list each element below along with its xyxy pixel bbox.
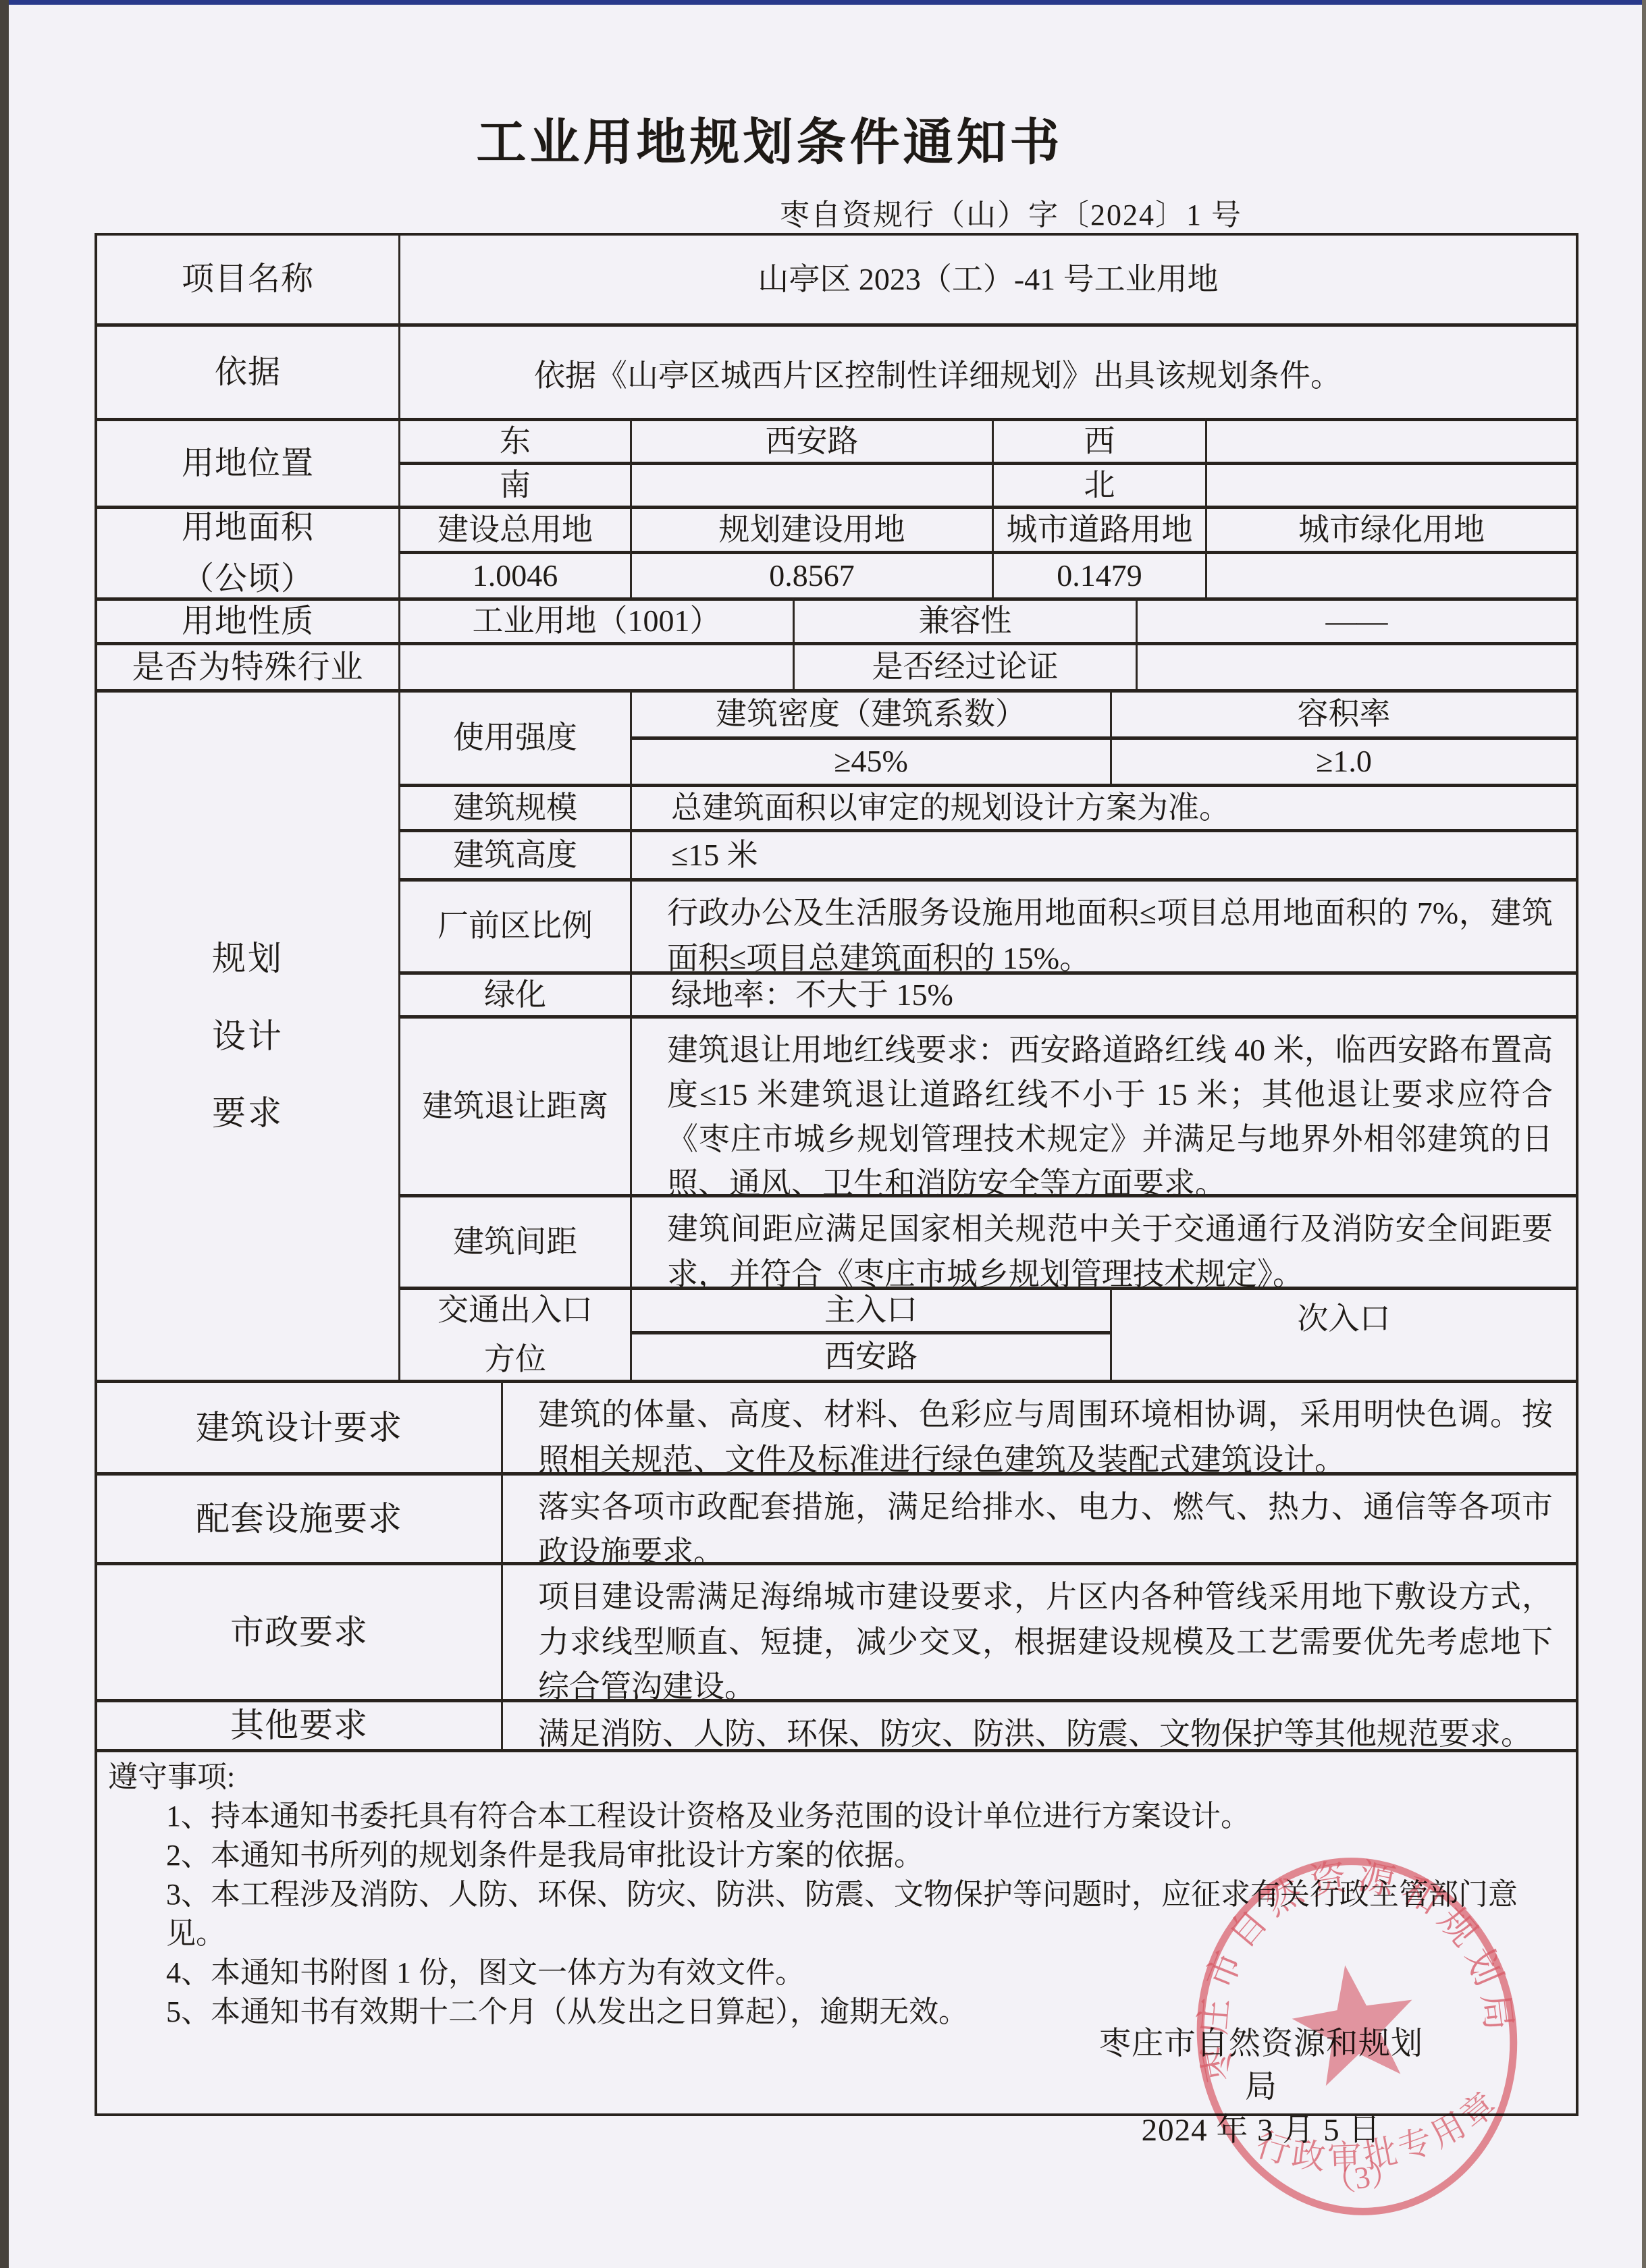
area-green-header: 城市绿化用地 — [1205, 506, 1576, 551]
nature-label: 用地性质 — [97, 597, 398, 642]
conditions-table: 项目名称 山亭区 2023（工）-41 号工业用地 依据 依据《山亭区城西片区控… — [97, 236, 1576, 1749]
front-zone-value: 行政办公及生活服务设施用地面积≤项目总用地面积的 7%，建筑面积≤项目总建筑面积… — [630, 878, 1576, 971]
area-total-value: 1.0046 — [398, 551, 630, 597]
official-seal: 枣庄市自然资源和规划局 行政审批专用章 （3） — [1167, 1834, 1547, 2240]
scan-edge-top — [0, 0, 1646, 5]
support-facilities-value: 落实各项市政配套措施，满足给排水、电力、燃气、热力、通信等各项市政设施要求。 — [501, 1472, 1576, 1562]
sub-entry-label: 次入口 — [1110, 1287, 1576, 1380]
special-industry-label: 是否为特殊行业 — [97, 642, 398, 689]
far-value: ≥1.0 — [1110, 736, 1576, 784]
location-north-label: 北 — [992, 462, 1205, 506]
main-entry-value: 西安路 — [630, 1331, 1110, 1380]
planning-label-line2: 设计 — [212, 1012, 284, 1061]
demonstration-label: 是否经过论证 — [793, 642, 1136, 689]
location-west-label: 西 — [992, 418, 1205, 462]
document-frame: 项目名称 山亭区 2023（工）-41 号工业用地 依据 依据《山亭区城西片区控… — [95, 233, 1578, 2116]
location-south-label: 南 — [398, 462, 630, 506]
compatibility-value: —— — [1136, 597, 1576, 642]
municipal-value: 项目建设需满足海绵城市建设要求，片区内各种管线采用地下敷设方式，力求线型顺直、短… — [501, 1562, 1576, 1699]
support-facilities-label: 配套设施要求 — [97, 1472, 501, 1562]
note-item: 1、持本通知书委托具有符合本工程设计资格及业务范围的设计单位进行方案设计。 — [108, 1797, 1556, 1836]
project-name-label: 项目名称 — [97, 236, 398, 323]
building-scale-label: 建筑规模 — [398, 784, 630, 829]
access-label-line2: 方位 — [484, 1337, 546, 1380]
location-east-value: 西安路 — [630, 418, 992, 462]
front-zone-label: 厂前区比例 — [398, 878, 630, 971]
other-requirements-value: 满足消防、人防、环保、防灾、防洪、防震、文物保护等其他规范要求。 — [501, 1699, 1576, 1749]
intensity-label: 使用强度 — [398, 689, 630, 784]
other-requirements-label: 其他要求 — [97, 1699, 501, 1749]
location-south-value — [630, 462, 992, 506]
location-label: 用地位置 — [97, 418, 398, 506]
compatibility-label: 兼容性 — [793, 597, 1136, 642]
area-road-header: 城市道路用地 — [992, 506, 1205, 551]
arch-design-value: 建筑的体量、高度、材料、色彩应与周围环境相协调，采用明快色调。按照相关规范、文件… — [501, 1380, 1576, 1472]
scanned-document-page: 工业用地规划条件通知书 枣自资规行（山）字〔2024〕1 号 项目名称 山亭区 … — [0, 0, 1646, 2268]
basis-label: 依据 — [97, 323, 398, 418]
area-label-line1: 用地面积 — [182, 506, 314, 551]
area-planned-value: 0.8567 — [630, 551, 992, 597]
planning-design-label: 规划 设计 要求 — [97, 689, 398, 1380]
planning-label-line1: 规划 — [212, 934, 284, 983]
greening-label: 绿化 — [398, 971, 630, 1015]
demonstration-value — [1136, 642, 1576, 689]
building-height-label: 建筑高度 — [398, 829, 630, 878]
building-spacing-label: 建筑间距 — [398, 1194, 630, 1287]
project-name-value: 山亭区 2023（工）-41 号工业用地 — [398, 236, 1576, 323]
arch-design-label: 建筑设计要求 — [97, 1380, 501, 1472]
area-planned-header: 规划建设用地 — [630, 506, 992, 551]
density-value: ≥45% — [630, 736, 1110, 784]
scan-edge-right — [1642, 0, 1646, 2268]
area-label-line2: （公顷） — [182, 556, 314, 598]
setback-value: 建筑退让用地红线要求：西安路道路红线 40 米，临西安路布置高度≤15 米建筑退… — [630, 1015, 1576, 1194]
area-label: 用地面积 （公顷） — [97, 506, 398, 597]
area-total-header: 建设总用地 — [398, 506, 630, 551]
building-scale-value: 总建筑面积以审定的规划设计方案为准。 — [630, 784, 1576, 829]
nature-value: 工业用地（1001） — [398, 597, 793, 642]
location-east-label: 东 — [398, 418, 630, 462]
density-header: 建筑密度（建筑系数） — [630, 689, 1110, 736]
greening-value: 绿地率：不大于 15% — [630, 971, 1576, 1015]
basis-value: 依据《山亭区城西片区控制性详细规划》出具该规划条件。 — [398, 323, 1576, 418]
area-green-value — [1205, 551, 1576, 597]
planning-label-line3: 要求 — [212, 1089, 284, 1138]
far-header: 容积率 — [1110, 689, 1576, 736]
scan-edge-left — [0, 0, 9, 2268]
special-industry-value — [398, 642, 793, 689]
building-spacing-value: 建筑间距应满足国家相关规范中关于交通通行及消防安全间距要求，并符合《枣庄市城乡规… — [630, 1194, 1576, 1287]
notes-heading: 遵守事项: — [108, 1758, 1556, 1797]
setback-label: 建筑退让距离 — [398, 1015, 630, 1194]
access-label: 交通出入口 方位 — [398, 1287, 630, 1380]
access-label-line1: 交通出入口 — [437, 1288, 593, 1333]
seal-star-icon — [1285, 1955, 1423, 2089]
area-road-value: 0.1479 — [992, 551, 1205, 597]
main-entry-label: 主入口 — [630, 1287, 1110, 1331]
document-title: 工业用地规划条件通知书 — [0, 103, 1593, 174]
location-north-value — [1205, 462, 1576, 506]
location-west-value — [1205, 418, 1576, 462]
municipal-label: 市政要求 — [97, 1562, 501, 1699]
building-height-value: ≤15 米 — [630, 829, 1576, 878]
document-number: 枣自资规行（山）字〔2024〕1 号 — [780, 190, 1242, 234]
